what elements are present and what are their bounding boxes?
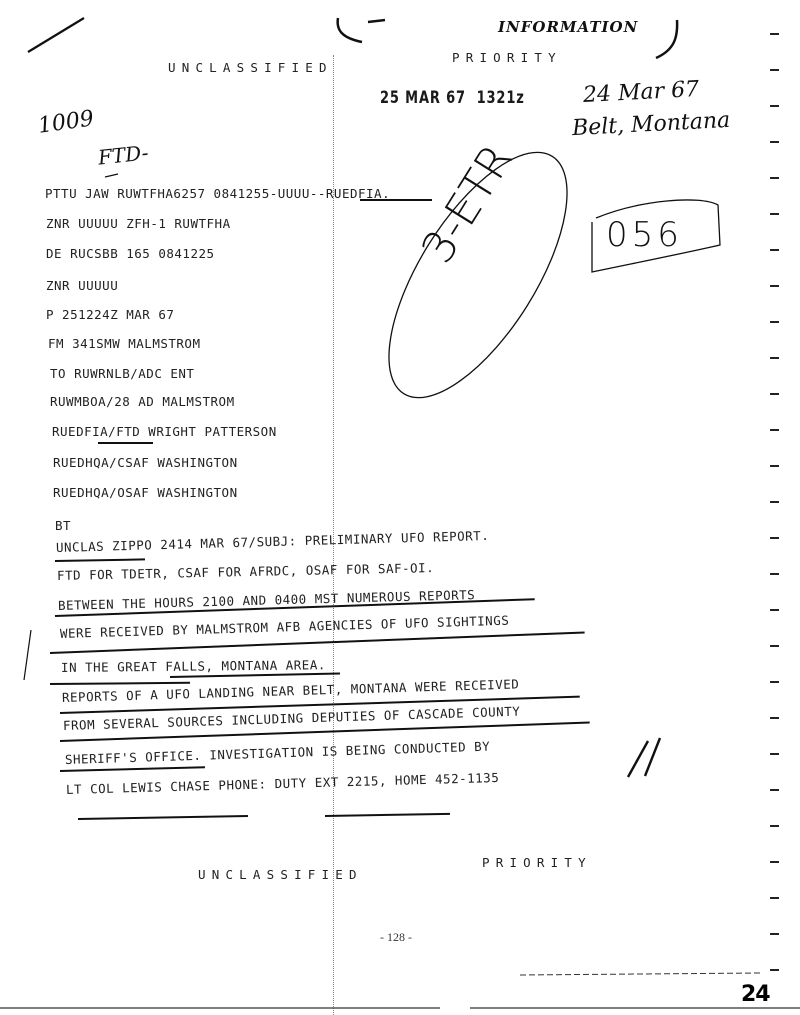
routing-line: ZNR UUUUU ZFH-1 RUWTFHA	[46, 216, 231, 231]
boxed-number: 056	[606, 215, 683, 255]
margin-tick	[770, 105, 779, 107]
margin-tick	[770, 393, 779, 395]
body-line: FTD FOR TDETR, CSAF FOR AFRDC, OSAF FOR …	[57, 560, 434, 583]
margin-tick	[770, 645, 779, 647]
pen-underline	[78, 815, 248, 820]
routing-line: PTTU JAW RUWTFHA6257 0841255-UUUU--RUEDF…	[45, 186, 390, 201]
margin-tick	[770, 537, 779, 539]
precedence-footer: PRIORITY	[482, 855, 592, 870]
page-number: - 128 -	[380, 930, 412, 945]
pen-underline	[55, 558, 145, 562]
routing-line: ZNR UUUUU	[46, 278, 118, 293]
precedence-header: PRIORITY	[452, 50, 562, 65]
handwritten-date: 24 Mar 67	[582, 77, 699, 108]
routing-line: RUWMBOA/28 AD MALMSTROM	[50, 394, 235, 409]
margin-tick	[770, 717, 779, 719]
handwritten-file-number: 1009	[37, 106, 96, 139]
margin-tick	[770, 321, 779, 323]
pen-underline	[60, 766, 205, 772]
margin-tick	[770, 573, 779, 575]
routing-line: DE RUCSBB 165 0841225	[46, 246, 215, 261]
margin-tick	[770, 825, 779, 827]
margin-tick	[770, 861, 779, 863]
body-line: SHERIFF'S OFFICE. INVESTIGATION IS BEING…	[65, 739, 491, 767]
margin-tick	[770, 69, 779, 71]
received-stamp: 25 MAR 67 1321z	[380, 88, 525, 108]
margin-tick	[770, 681, 779, 683]
margin-tick	[770, 249, 779, 251]
handwritten-place: Belt, Montana	[571, 108, 730, 141]
pen-underline	[325, 813, 450, 817]
margin-tick	[770, 141, 779, 143]
classification-footer: UNCLASSIFIED	[198, 867, 363, 882]
pen-underline	[98, 442, 153, 444]
routing-line: RUEDHQA/CSAF WASHINGTON	[53, 455, 238, 470]
margin-tick	[770, 789, 779, 791]
margin-tick	[770, 897, 779, 899]
margin-tick	[770, 429, 779, 431]
routing-line: P 251224Z MAR 67	[46, 307, 174, 322]
information-stamp: INFORMATION	[498, 18, 638, 36]
margin-tick	[770, 177, 779, 179]
margin-tick	[770, 357, 779, 359]
pen-underline	[50, 682, 190, 685]
routing-line: FM 341SMW MALMSTROM	[48, 336, 201, 351]
bottom-handwritten-number: 24	[741, 982, 770, 1007]
margin-tick	[770, 933, 779, 935]
margin-tick	[770, 465, 779, 467]
margin-tick	[770, 213, 779, 215]
margin-tick	[770, 501, 779, 503]
pen-underline	[360, 199, 432, 201]
body-line: LT COL LEWIS CHASE PHONE: DUTY EXT 2215,…	[66, 770, 500, 797]
handwritten-office-note: FTD-	[97, 140, 150, 169]
classification-header: UNCLASSIFIED	[168, 60, 333, 75]
margin-tick	[770, 609, 779, 611]
routing-line: RUEDFIA/FTD WRIGHT PATTERSON	[52, 424, 277, 439]
body-line: IN THE GREAT FALLS, MONTANA AREA.	[61, 657, 326, 675]
margin-tick	[770, 33, 779, 35]
circled-routing-note: 3-ETR	[412, 135, 524, 272]
routing-line: RUEDHQA/OSAF WASHINGTON	[53, 485, 238, 500]
body-line: FROM SEVERAL SOURCES INCLUDING DEPUTIES …	[63, 704, 521, 733]
routing-line: TO RUWRNLB/ADC ENT	[50, 366, 194, 381]
body-line: UNCLAS ZIPPO 2414 MAR 67/SUBJ: PRELIMINA…	[56, 528, 490, 555]
margin-tick	[770, 285, 779, 287]
margin-tick	[770, 753, 779, 755]
margin-tick	[770, 969, 779, 971]
routing-line: BT	[55, 518, 71, 533]
